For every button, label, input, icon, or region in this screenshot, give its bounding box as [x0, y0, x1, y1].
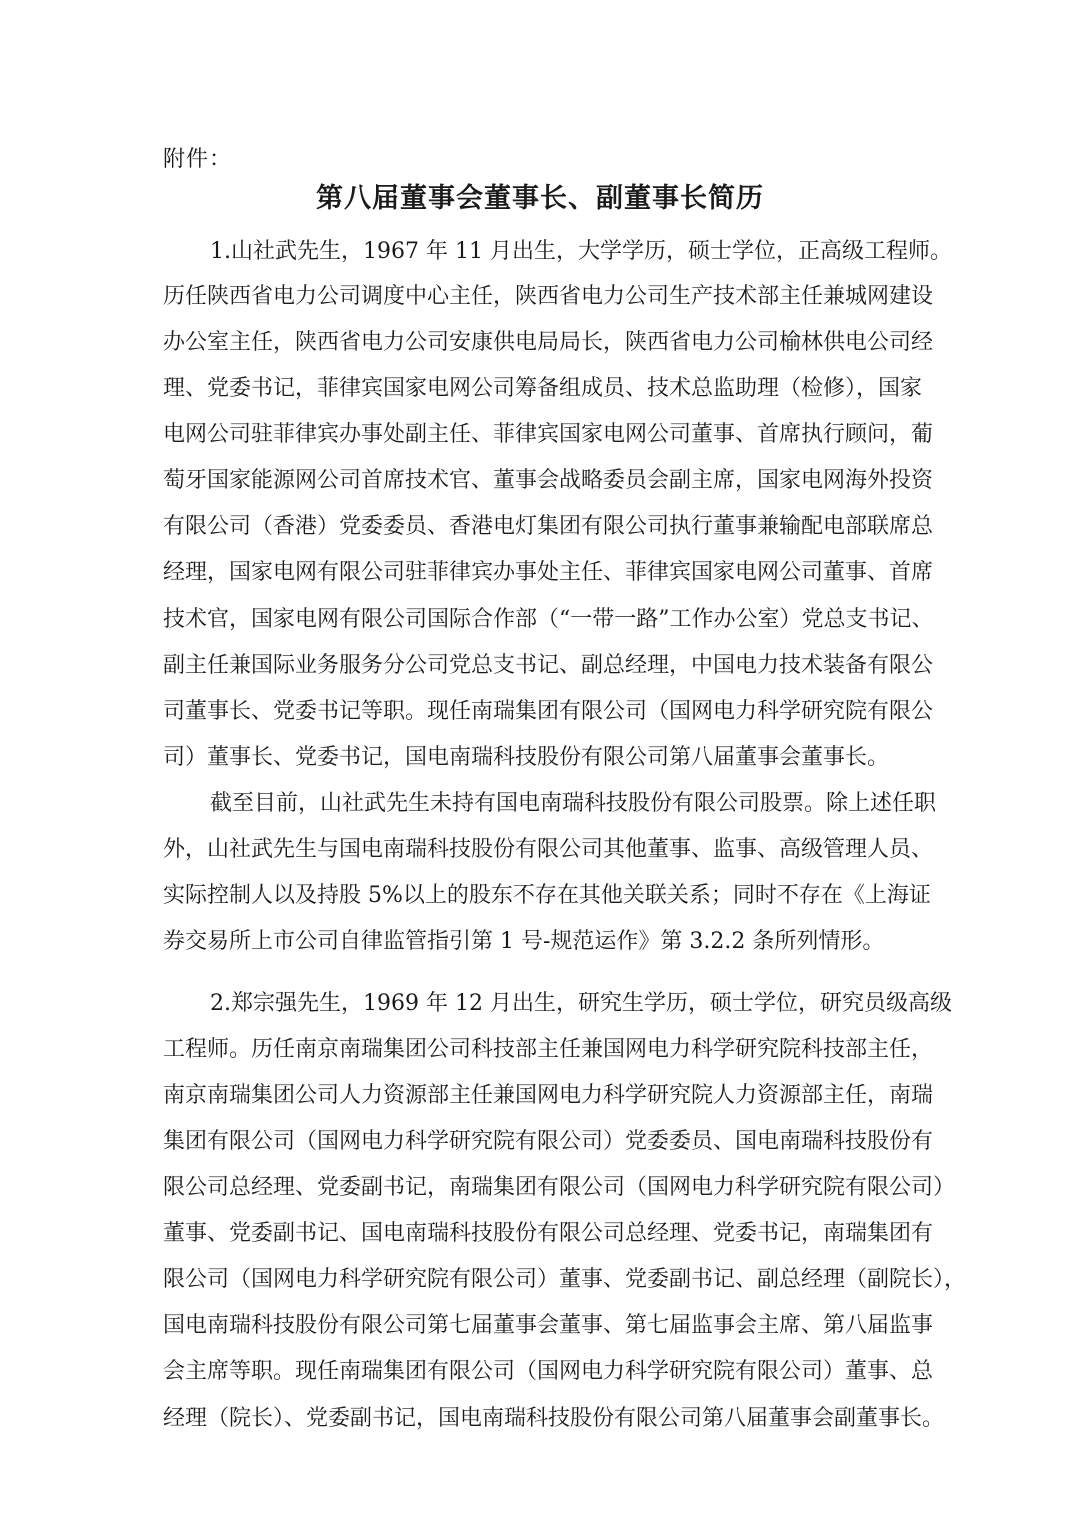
text-line: 董事、党委副书记、国电南瑞科技股份有限公司总经理、党委书记，南瑞集团有	[163, 1219, 915, 1249]
text-line: 理、党委书记，菲律宾国家电网公司筹备组成员、技术总监助理（检修），国家	[163, 374, 915, 404]
text-line: 工程师。历任南京南瑞集团公司科技部主任兼国网电力科学研究院科技部主任，	[163, 1035, 915, 1065]
text-line: 实际控制人以及持股 5%以上的股东不存在其他关联关系；同时不存在《上海证	[163, 881, 915, 911]
text-line: 券交易所上市公司自律监管指引第 1 号-规范运作》第 3.2.2 条所列情形。	[163, 927, 915, 957]
text-line: 经理，国家电网有限公司驻菲律宾办事处主任、菲律宾国家电网公司董事、首席	[163, 558, 915, 588]
text-line: 限公司总经理、党委副书记，南瑞集团有限公司（国网电力科学研究院有限公司）	[163, 1173, 915, 1203]
text-line: 1.山社武先生，1967 年 11 月出生，大学学历，硕士学位，正高级工程师。	[210, 237, 915, 267]
text-line: 会主席等职。现任南瑞集团有限公司（国网电力科学研究院有限公司）董事、总	[163, 1357, 915, 1387]
text-line: 2.郑宗强先生，1969 年 12 月出生，研究生学历，硕士学位，研究员级高级	[210, 989, 915, 1019]
text-line: 经理（院长）、党委副书记，国电南瑞科技股份有限公司第八届董事会副董事长。	[163, 1404, 915, 1434]
text-line: 办公室主任，陕西省电力公司安康供电局局长，陕西省电力公司榆林供电公司经	[163, 328, 915, 358]
text-line: 萄牙国家能源网公司首席技术官、董事会战略委员会副主席，国家电网海外投资	[163, 466, 915, 496]
text-line: 司）董事长、党委书记，国电南瑞科技股份有限公司第八届董事会董事长。	[163, 743, 915, 773]
text-line: 技术官，国家电网有限公司国际合作部（“一带一路”工作办公室）党总支书记、	[163, 605, 915, 635]
text-line: 南京南瑞集团公司人力资源部主任兼国网电力科学研究院人力资源部主任，南瑞	[163, 1081, 915, 1111]
document-title: 第八届董事会董事长、副董事长简历	[0, 176, 1080, 215]
text-line: 外，山社武先生与国电南瑞科技股份有限公司其他董事、监事、高级管理人员、	[163, 835, 915, 865]
text-line: 历任陕西省电力公司调度中心主任，陕西省电力公司生产技术部主任兼城网建设	[163, 282, 915, 312]
text-line: 集团有限公司（国网电力科学研究院有限公司）党委委员、国电南瑞科技股份有	[163, 1127, 915, 1157]
text-line: 限公司（国网电力科学研究院有限公司）董事、党委副书记、副总经理（副院长），	[163, 1265, 915, 1295]
text-line: 有限公司（香港）党委委员、香港电灯集团有限公司执行董事兼输配电部联席总	[163, 512, 915, 542]
text-line: 副主任兼国际业务服务分公司党总支书记、副总经理，中国电力技术装备有限公	[163, 651, 915, 681]
attachment-label: 附件：	[163, 142, 232, 173]
text-line: 国电南瑞科技股份有限公司第七届董事会董事、第七届监事会主席、第八届监事	[163, 1311, 915, 1341]
document-page: 附件： 第八届董事会董事长、副董事长简历 1.山社武先生，1967 年 11 月…	[0, 0, 1080, 1526]
text-line: 截至目前，山社武先生未持有国电南瑞科技股份有限公司股票。除上述任职	[210, 789, 915, 819]
text-line: 司董事长、党委书记等职。现任南瑞集团有限公司（国网电力科学研究院有限公	[163, 697, 915, 727]
text-line: 电网公司驻菲律宾办事处副主任、菲律宾国家电网公司董事、首席执行顾问，葡	[163, 420, 915, 450]
